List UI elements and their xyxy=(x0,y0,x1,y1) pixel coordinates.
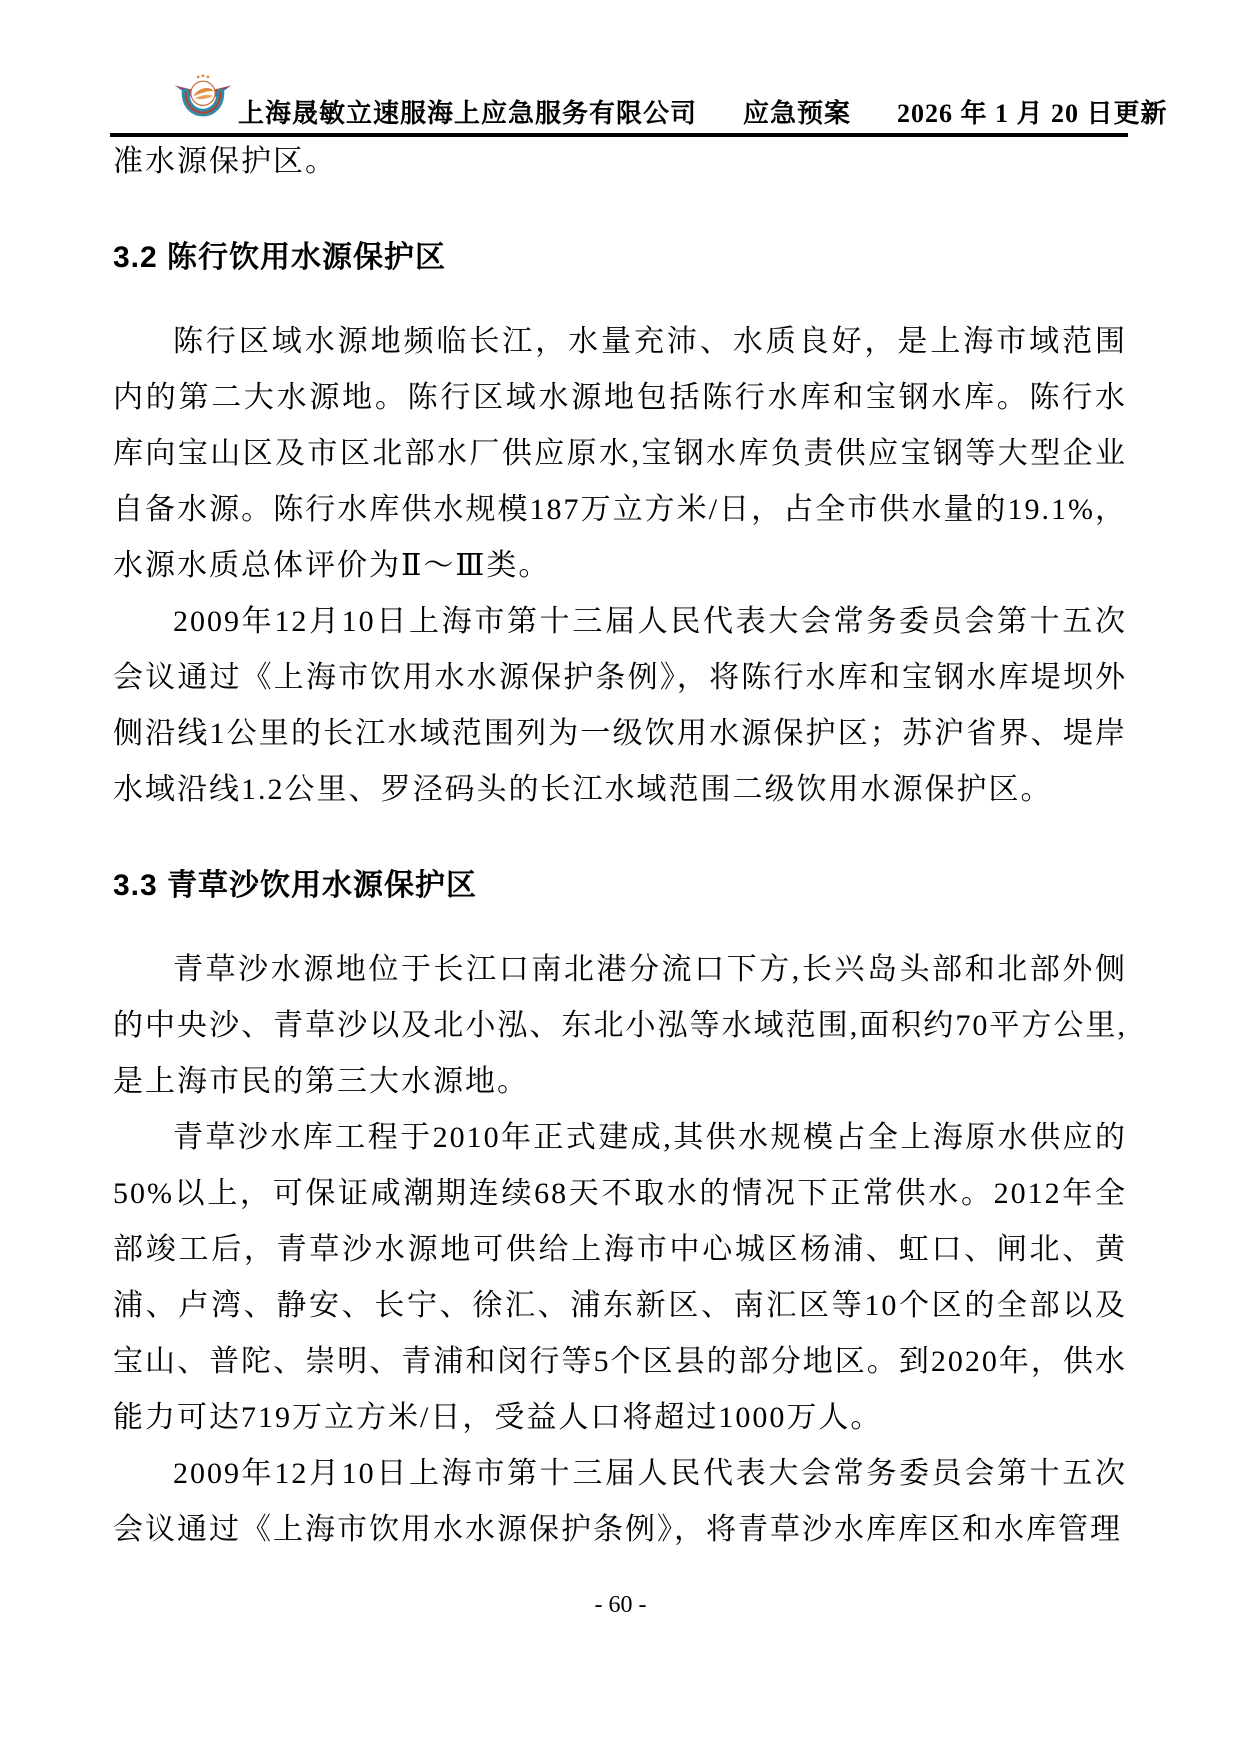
paragraph: 2009年12月10日上海市第十三届人民代表大会常务委员会第十五次会议通过《上海… xyxy=(113,1446,1127,1558)
page-number: - 60 - xyxy=(595,1592,647,1618)
header-company-name: 上海晟敏立速服海上应急服务有限公司 xyxy=(238,99,697,129)
paragraph: 陈行区域水源地频临长江，水量充沛、水质良好，是上海市域范围内的第二大水源地。陈行… xyxy=(113,314,1127,594)
paragraph: 青草沙水库工程于2010年正式建成,其供水规模占全上海原水供应的50%以上，可保… xyxy=(113,1110,1127,1446)
page-footer: - 60 - xyxy=(0,1590,1241,1620)
header-row: 上海晟敏立速服海上应急服务有限公司 应急预案 2026 年 1 月 20 日更新 xyxy=(172,67,1168,129)
document-body: 准水源保护区。 3.2 陈行饮用水源保护区 陈行区域水源地频临长江，水量充沛、水… xyxy=(113,140,1127,1558)
section-heading-3-3: 3.3 青草沙饮用水源保护区 xyxy=(113,868,1127,904)
carryover-line: 准水源保护区。 xyxy=(113,140,1127,184)
paragraph: 青草沙水源地位于长江口南北港分流口下方,长兴岛头部和北部外侧的中央沙、青草沙以及… xyxy=(113,942,1127,1110)
page-header: 上海晟敏立速服海上应急服务有限公司 应急预案 2026 年 1 月 20 日更新 xyxy=(110,0,1128,137)
document-page: 上海晟敏立速服海上应急服务有限公司 应急预案 2026 年 1 月 20 日更新… xyxy=(0,0,1241,1754)
header-updated-date: 2026 年 1 月 20 日更新 xyxy=(897,99,1168,129)
paragraph: 2009年12月10日上海市第十三届人民代表大会常务委员会第十五次会议通过《上海… xyxy=(113,594,1127,818)
section-heading-3-2: 3.2 陈行饮用水源保护区 xyxy=(113,240,1127,276)
company-logo-icon xyxy=(172,71,234,133)
header-doc-type: 应急预案 xyxy=(743,99,851,129)
